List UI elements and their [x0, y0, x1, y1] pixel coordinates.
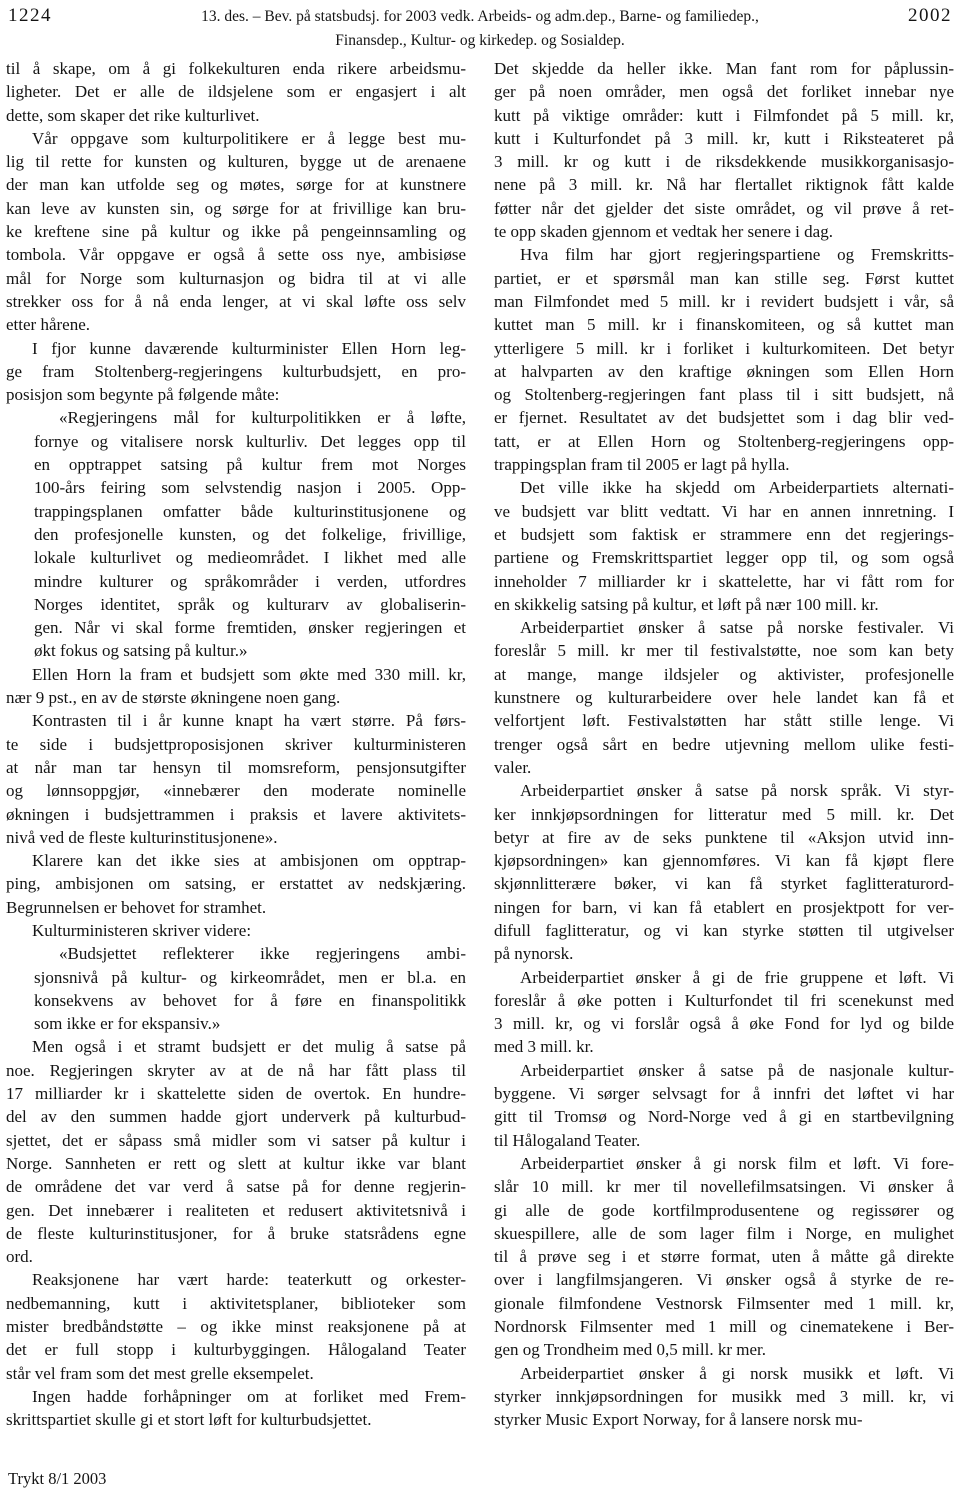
- text-line: skuespillere, alle de som lager film i N…: [494, 1222, 954, 1245]
- left-text-column: til å skape, om å gi folkekulturen enda …: [6, 57, 466, 1432]
- block-quote: «Budsjettet reflekterer ikke regjeringen…: [34, 942, 466, 1035]
- text-line: partiet, er et spørsmål man kan stille s…: [494, 267, 954, 290]
- text-line: at når man tar hensyn til momsreform, pe…: [6, 756, 466, 779]
- text-line: betyr at fire av de seks punktene til «A…: [494, 826, 954, 849]
- text-line: tombola. Vår oppgave er også å sette oss…: [6, 243, 466, 266]
- text-line: valer.: [494, 756, 954, 779]
- text-line: kan leve av kunsten sin, og sørge for at…: [6, 197, 466, 220]
- text-line: 17 milliarder kr i skattelette siden de …: [6, 1082, 466, 1105]
- text-line: Kontrasten til i år kunne knapt ha vært …: [6, 709, 466, 732]
- text-line: gionale filmfondene Vestnorsk Filmsenter…: [494, 1292, 954, 1315]
- text-line: foreslår å øke potten i Kulturfondet til…: [494, 989, 954, 1012]
- text-line: styrker innkjøpsordningen for musikk med…: [494, 1385, 954, 1408]
- text-line: lig til rette for kunsten og kulturen, b…: [6, 150, 466, 173]
- text-line: føtter når det gjelder det siste området…: [494, 197, 954, 220]
- text-line: kutt på viktige områder: kutt i Filmfond…: [494, 104, 954, 127]
- text-line: og Stoltenberg-regjeringen fant plass ti…: [494, 383, 954, 406]
- text-columns: til å skape, om å gi folkekulturen enda …: [6, 57, 954, 1432]
- text-line: trappingsplan fram til 2005 er lagt på h…: [494, 453, 954, 476]
- text-line: dette, som skaper det rike kulturlivet.: [6, 104, 466, 127]
- text-line: man Filmfondet med 5 mill. kr i revidert…: [494, 290, 954, 313]
- text-line: Ingen hadde forhåpninger om at forliket …: [6, 1385, 466, 1408]
- paragraph: til å skape, om å gi folkekulturen enda …: [6, 57, 466, 127]
- text-line: kjøpsordningen» kan gjennomføres. Vi kan…: [494, 849, 954, 872]
- text-line: strekker oss for å nå enda lenger, at vi…: [6, 290, 466, 313]
- text-line: nivå ved de fleste kulturinstitusjonene»…: [6, 826, 466, 849]
- text-line: som ikke er for ekspansiv.»: [34, 1012, 466, 1035]
- text-line: den profesjonelle kunsten, og det folkel…: [34, 523, 466, 546]
- paragraph: Arbeiderpartiet ønsker å gi de frie grup…: [494, 966, 954, 1059]
- text-line: Reaksjonene har vært harde: teaterkutt o…: [6, 1268, 466, 1291]
- text-line: over i langfilmsjangeren. Vi ønsker også…: [494, 1268, 954, 1291]
- text-line: difull faglitteratur, og vi kan styrke s…: [494, 919, 954, 942]
- text-line: kutt i Kulturfondet på 3 mill. kr, kutt …: [494, 127, 954, 150]
- header-title: 13. des. – Bev. på statsbudsj. for 2003 …: [6, 4, 954, 53]
- paragraph: Ellen Horn la fram et budsjett som økte …: [6, 663, 466, 710]
- page-footer: Trykt 8/1 2003: [8, 1469, 106, 1489]
- text-line: Men også i et stramt budsjett er det mul…: [6, 1035, 466, 1058]
- text-line: skjønnlitterære bøker, vi kan få styrket…: [494, 872, 954, 895]
- text-line: sjonsnivå på kultur- og kirkeområdet, me…: [34, 966, 466, 989]
- text-line: ger på noen områder, men også det forlik…: [494, 80, 954, 103]
- text-line: en skikkelig satsing på kultur, et løft …: [494, 593, 954, 616]
- text-line: etter hårene.: [6, 313, 466, 336]
- text-line: et budsjett som faktisk er strammere enn…: [494, 523, 954, 546]
- text-line: økningen i budsjettrammen i praksis et l…: [6, 803, 466, 826]
- text-line: Arbeiderpartiet ønsker å satse på de nas…: [494, 1059, 954, 1082]
- right-text-column: Det skjedde da heller ikke. Man fant rom…: [494, 57, 954, 1432]
- text-line: Nordnorsk Filmsenter med 1 mill og cinem…: [494, 1315, 954, 1338]
- text-line: ping, ambisjonen om satsing, er erstatte…: [6, 872, 466, 895]
- text-line: nedbemanning, kutt i aktivitetsplaner, b…: [6, 1292, 466, 1315]
- text-line: med 3 mill. kr.: [494, 1035, 954, 1058]
- text-line: «Budsjettet reflekterer ikke regjeringen…: [34, 942, 466, 965]
- text-line: Begrunnelsen er behovet for stramhet.: [6, 896, 466, 919]
- paragraph: Kontrasten til i år kunne knapt ha vært …: [6, 709, 466, 849]
- text-line: skrittspartiet skulle gi et stort løft f…: [6, 1408, 466, 1431]
- text-line: ningen for barn, vi kan få etablert en p…: [494, 896, 954, 919]
- text-line: byggene. Vi sørger selvsagt for å innfri…: [494, 1082, 954, 1105]
- text-line: Ellen Horn la fram et budsjett som økte …: [6, 663, 466, 686]
- text-line: Det ville ikke ha skjedd om Arbeiderpart…: [494, 476, 954, 499]
- text-line: en opptrappet satsing på kultur frem mot…: [34, 453, 466, 476]
- text-line: til å prøve seg i et større format, uten…: [494, 1245, 954, 1268]
- text-line: til Hålogaland Teater.: [494, 1129, 954, 1152]
- text-line: gen. Det innebærer i realiteten et redus…: [6, 1199, 466, 1222]
- text-line: noe. Regjeringen skryter av at de nå har…: [6, 1059, 466, 1082]
- text-line: 3 mill. kr og kutt i de riksdekkende mus…: [494, 150, 954, 173]
- text-line: der man kan utfolde seg og møtes, sørge …: [6, 173, 466, 196]
- text-line: ge fram Stoltenberg-regjeringens kulturb…: [6, 360, 466, 383]
- text-line: slår 10 mill. kr mer til novellefilmsats…: [494, 1175, 954, 1198]
- text-line: Norges identitet, språk og kulturarv av …: [34, 593, 466, 616]
- text-line: trenger også sårt en bedre utjevning mel…: [494, 733, 954, 756]
- text-line: ytterligere 5 mill. kr i forliket i kult…: [494, 337, 954, 360]
- paragraph: I fjor kunne daværende kulturminister El…: [6, 337, 466, 407]
- text-line: til å skape, om å gi folkekulturen enda …: [6, 57, 466, 80]
- text-line: ker innkjøpsordningen for litteratur med…: [494, 803, 954, 826]
- text-line: fornye og vitalisere norsk kulturliv. De…: [34, 430, 466, 453]
- text-line: Arbeiderpartiet ønsker å gi de frie grup…: [494, 966, 954, 989]
- text-line: foreslår 5 mill. kr mer til festivalstøt…: [494, 639, 954, 662]
- text-line: tatt, er at Ellen Horn og Stoltenberg-re…: [494, 430, 954, 453]
- text-line: gen. Når vi skal forme fremtiden, ønsker…: [34, 616, 466, 639]
- text-line: styrker Music Export Norway, for å lanse…: [494, 1408, 954, 1431]
- paragraph: Hva film har gjort regjeringspartiene og…: [494, 243, 954, 476]
- text-line: at mange, mange ildsjeler og aktivister,…: [494, 663, 954, 686]
- text-line: 100-års feiring som selvstendig nasjon i…: [34, 476, 466, 499]
- text-line: nær 9 pst., en av de største økningene n…: [6, 686, 466, 709]
- text-line: lokale kulturlivet og medieområdet. I li…: [34, 546, 466, 569]
- header-title-line-2: Finansdep., Kultur- og kirkedep. og Sosi…: [6, 29, 954, 53]
- text-line: inneholder 7 milliarder kr i skattelette…: [494, 570, 954, 593]
- text-line: Arbeiderpartiet ønsker å gi norsk musikk…: [494, 1362, 954, 1385]
- text-line: mål for Norge som kulturnasjon og bidra …: [6, 267, 466, 290]
- text-line: ord.: [6, 1245, 466, 1268]
- paragraph: Klarere kan det ikke sies at ambisjonen …: [6, 849, 466, 919]
- paragraph: Arbeiderpartiet ønsker å satse på norsk …: [494, 779, 954, 965]
- paragraph: Arbeiderpartiet ønsker å gi norsk film e…: [494, 1152, 954, 1362]
- paragraph: Det ville ikke ha skjedd om Arbeiderpart…: [494, 476, 954, 616]
- text-line: 3 mill. kr, og vi forslår også å øke Fon…: [494, 1012, 954, 1035]
- text-line: «Regjeringens mål for kulturpolitikken e…: [34, 406, 466, 429]
- paragraph: Arbeiderpartiet ønsker å satse på de nas…: [494, 1059, 954, 1152]
- text-line: det er full stopp i kulturbyggingen. Hål…: [6, 1338, 466, 1361]
- text-line: Arbeiderpartiet ønsker å satse på norske…: [494, 616, 954, 639]
- text-line: gen og Trondheim med 0,5 mill. kr mer.: [494, 1338, 954, 1361]
- text-line: gi alle de gode kortfilmprodusentene og …: [494, 1199, 954, 1222]
- text-line: mindre kulturer og språkområder i verden…: [34, 570, 466, 593]
- text-line: står vel fram som det mest grelle eksemp…: [6, 1362, 466, 1385]
- text-line: de områdene det var verd å satse på for …: [6, 1175, 466, 1198]
- header-title-line-1: 13. des. – Bev. på statsbudsj. for 2003 …: [6, 5, 954, 29]
- text-line: te side i budsjettproposisjonen skriver …: [6, 733, 466, 756]
- print-note: Trykt 8/1 2003: [8, 1469, 106, 1488]
- text-line: velfortjent løft. Festivalstøtten har st…: [494, 709, 954, 732]
- text-line: Arbeiderpartiet ønsker å gi norsk film e…: [494, 1152, 954, 1175]
- paragraph: Men også i et stramt budsjett er det mul…: [6, 1035, 466, 1268]
- text-line: Klarere kan det ikke sies at ambisjonen …: [6, 849, 466, 872]
- text-line: ke kreftene sine på kultur og ikke på pe…: [6, 220, 466, 243]
- paragraph: Det skjedde da heller ikke. Man fant rom…: [494, 57, 954, 243]
- block-quote: «Regjeringens mål for kulturpolitikken e…: [34, 406, 466, 662]
- text-line: Arbeiderpartiet ønsker å satse på norsk …: [494, 779, 954, 802]
- text-line: de fleste kulturinstitusjoner, for å bru…: [6, 1222, 466, 1245]
- text-line: Hva film har gjort regjeringspartiene og…: [494, 243, 954, 266]
- text-line: på nynorsk.: [494, 942, 954, 965]
- text-line: nene på 3 mill. kr. Nå har flertallet ri…: [494, 173, 954, 196]
- text-line: økt fokus og satsing på kultur.»: [34, 639, 466, 662]
- text-line: trappingsplanen omfatter både kulturinst…: [34, 500, 466, 523]
- paragraph: Ingen hadde forhåpninger om at forliket …: [6, 1385, 466, 1432]
- text-line: Det skjedde da heller ikke. Man fant rom…: [494, 57, 954, 80]
- text-line: ligheter. Det er alle de ildsjelene som …: [6, 80, 466, 103]
- paragraph: Reaksjonene har vært harde: teaterkutt o…: [6, 1268, 466, 1384]
- paragraph: Arbeiderpartiet ønsker å gi norsk musikk…: [494, 1362, 954, 1432]
- document-page: 1224 13. des. – Bev. på statsbudsj. for …: [0, 0, 960, 1498]
- paragraph: Arbeiderpartiet ønsker å satse på norske…: [494, 616, 954, 779]
- text-line: gitt til Tromsø og Nord-Norge ved å gi e…: [494, 1105, 954, 1128]
- text-line: ve budsjett var blitt vedtatt. Vi har en…: [494, 500, 954, 523]
- text-line: Norge. Sannheten er rett og slett at kul…: [6, 1152, 466, 1175]
- text-line: te opp skaden gjennom et vedtak her sene…: [494, 220, 954, 243]
- left-page-number: 1224: [8, 5, 52, 27]
- paragraph: Kulturministeren skriver videre:: [6, 919, 466, 942]
- paragraph: Vår oppgave som kulturpolitikere er å le…: [6, 127, 466, 337]
- text-line: kuttet man 5 mill. kr i finanskomiteen, …: [494, 313, 954, 336]
- text-line: sjettet, det er såpass små midler som vi…: [6, 1129, 466, 1152]
- page-header: 1224 13. des. – Bev. på statsbudsj. for …: [6, 4, 954, 53]
- text-line: del av den summen hadde gjort underverk …: [6, 1105, 466, 1128]
- text-line: konsekvens av behovet for å føre en fina…: [34, 989, 466, 1012]
- text-line: I fjor kunne daværende kulturminister El…: [6, 337, 466, 360]
- text-line: at halvparten av den kraftige økningen s…: [494, 360, 954, 383]
- text-line: og lønnsoppgjør, «innebærer den moderate…: [6, 779, 466, 802]
- text-line: mister bredbåndstøtte – og ikke minst re…: [6, 1315, 466, 1338]
- text-line: er fjernet. Resultatet av det budsjettet…: [494, 406, 954, 429]
- text-line: kunstnere og kulturarbeidere over hele l…: [494, 686, 954, 709]
- text-line: Vår oppgave som kulturpolitikere er å le…: [6, 127, 466, 150]
- text-line: Kulturministeren skriver videre:: [6, 919, 466, 942]
- right-page-number: 2002: [908, 5, 952, 27]
- text-line: partiene og Fremskrittspartiet legger op…: [494, 546, 954, 569]
- text-line: posisjon som begynte på følgende måte:: [6, 383, 466, 406]
